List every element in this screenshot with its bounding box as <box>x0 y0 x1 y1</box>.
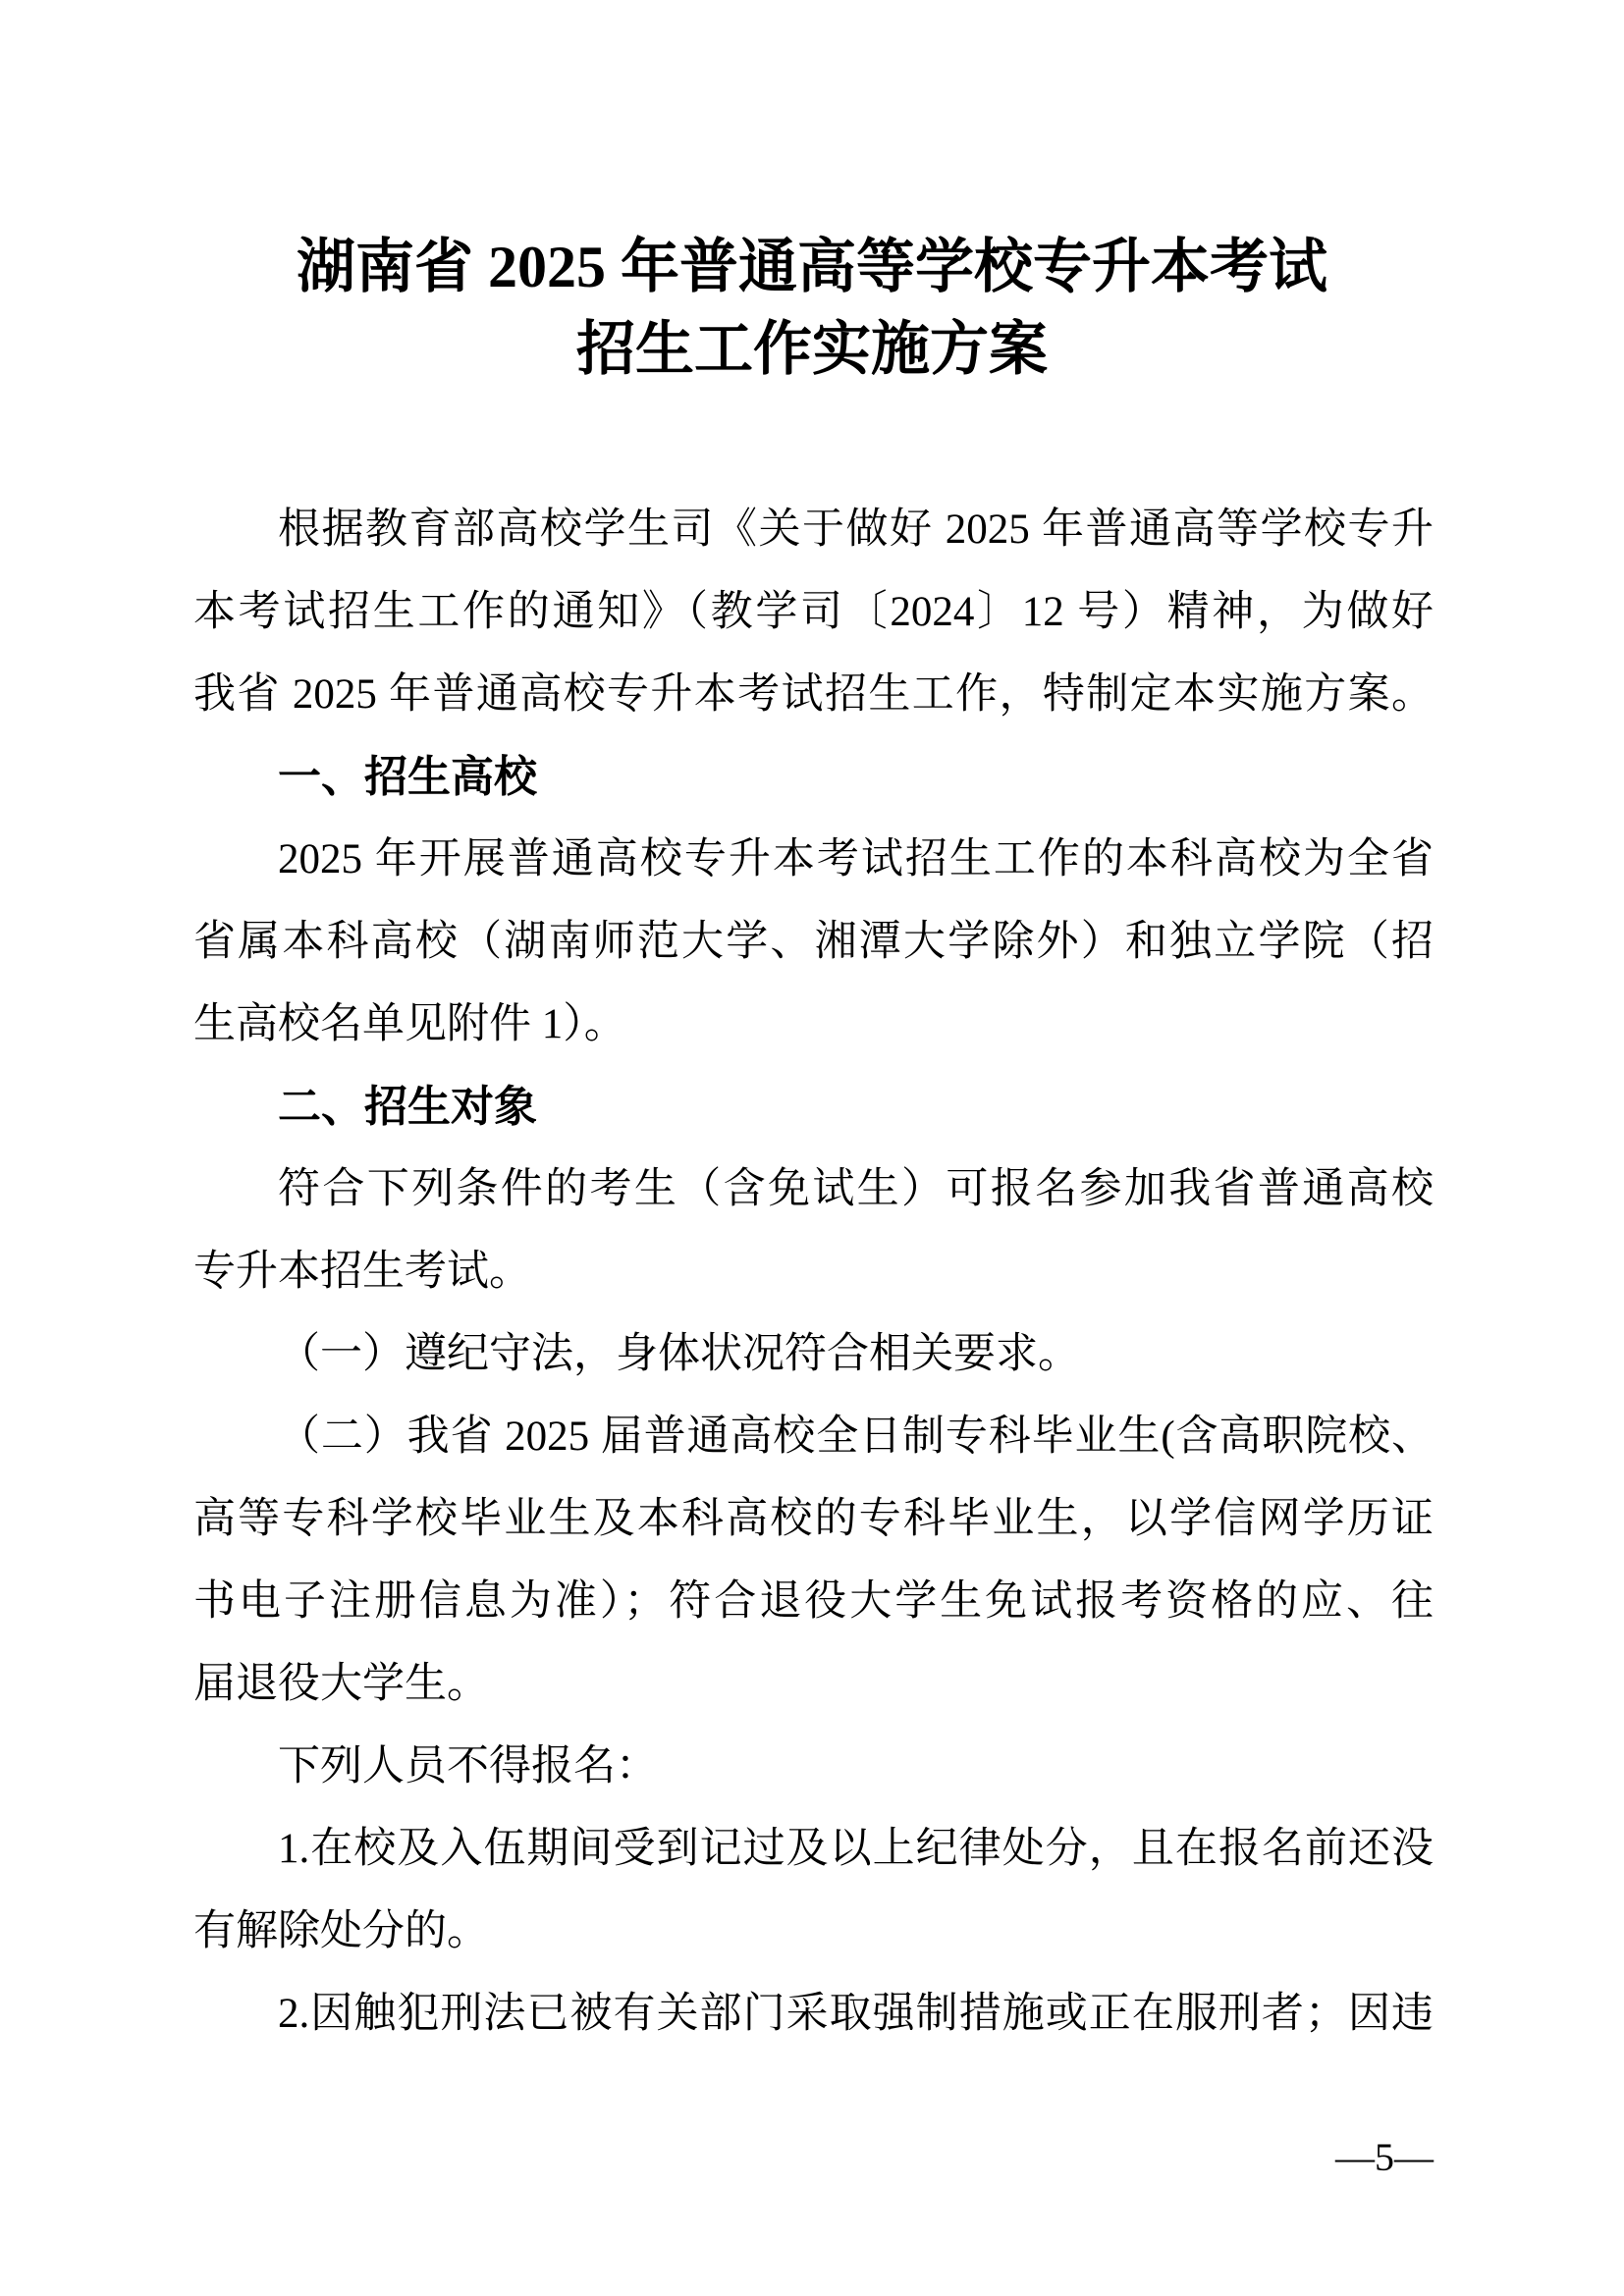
paragraph-line: 书电子注册信息为准）；符合退役大学生免试报考资格的应、往 <box>193 1561 1434 1643</box>
paragraph-line: 生高校名单见附件 1）。 <box>193 984 1434 1066</box>
paragraph-line: 1.在校及入伍期间受到记过及以上纪律处分，且在报名前还没 <box>193 1808 1434 1891</box>
document-title: 湖南省 2025 年普通高等学校专升本考试 招生工作实施方案 <box>177 226 1447 391</box>
title-line: 招生工作实施方案 <box>177 308 1447 391</box>
paragraph-line: （一）遵纪守法，身体状况符合相关要求。 <box>193 1313 1434 1396</box>
paragraph-line: 我省 2025 年普通高校专升本考试招生工作，特制定本实施方案。 <box>193 654 1434 736</box>
page-number: —5— <box>1335 2138 1434 2177</box>
paragraph-line: 符合下列条件的考生（含免试生）可报名参加我省普通高校 <box>193 1148 1434 1231</box>
paragraph-line: 有解除处分的。 <box>193 1891 1434 1973</box>
paragraph-line: （二）我省 2025 届普通高校全日制专科毕业生(含高职院校、 <box>193 1396 1434 1478</box>
document-page: 湖南省 2025 年普通高等学校专升本考试 招生工作实施方案 根据教育部高校学生… <box>0 0 1624 2296</box>
paragraph-line: 省属本科高校（湖南师范大学、湘潭大学除外）和独立学院（招 <box>193 901 1434 984</box>
paragraph-line: 高等专科学校毕业生及本科高校的专科毕业生，以学信网学历证 <box>193 1478 1434 1561</box>
section-heading-1: 一、招生高校 <box>193 736 1434 819</box>
paragraph-line: 2.因触犯刑法已被有关部门采取强制措施或正在服刑者；因违 <box>193 1973 1434 2056</box>
paragraph-line: 专升本招生考试。 <box>193 1231 1434 1313</box>
title-line: 湖南省 2025 年普通高等学校专升本考试 <box>177 226 1447 308</box>
paragraph-line: 2025 年开展普通高校专升本考试招生工作的本科高校为全省 <box>193 819 1434 901</box>
paragraph-line: 下列人员不得报名： <box>193 1726 1434 1808</box>
paragraph-line: 根据教育部高校学生司《关于做好 2025 年普通高等学校专升 <box>193 489 1434 571</box>
section-heading-2: 二、招生对象 <box>193 1066 1434 1148</box>
document-body: 根据教育部高校学生司《关于做好 2025 年普通高等学校专升 本考试招生工作的通… <box>193 489 1434 2056</box>
paragraph-line: 届退役大学生。 <box>193 1643 1434 1726</box>
paragraph-line: 本考试招生工作的通知》（教学司〔2024〕12 号）精神，为做好 <box>193 571 1434 654</box>
